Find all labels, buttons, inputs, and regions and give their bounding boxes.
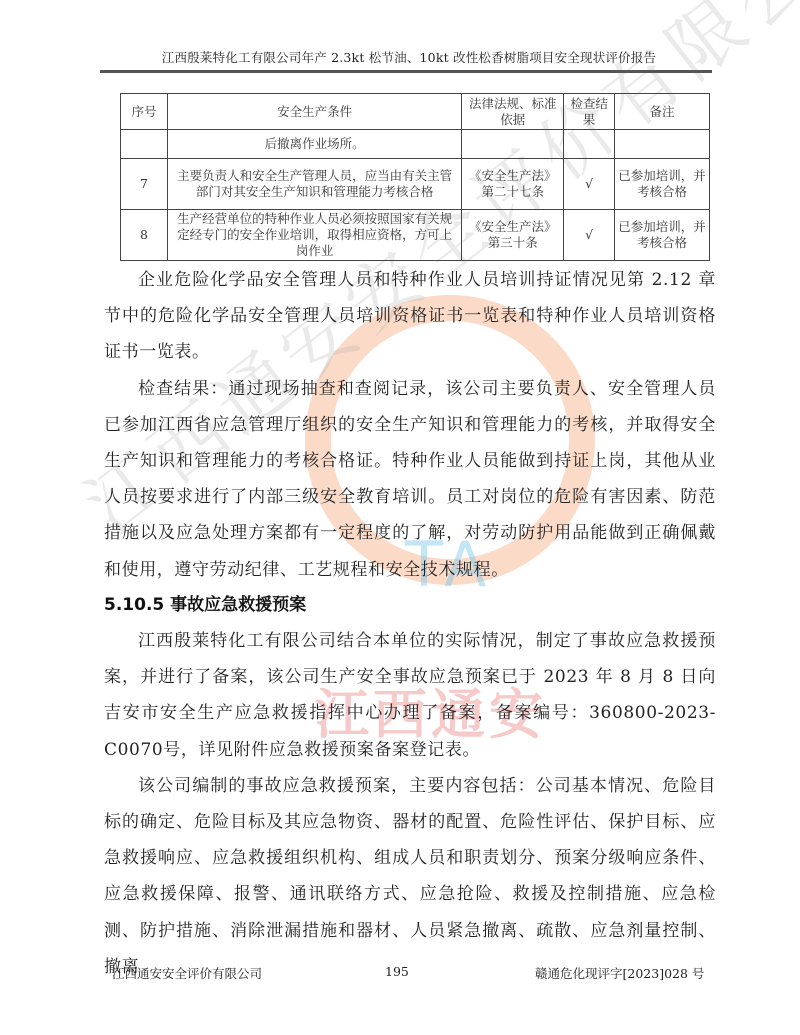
footer-company: 江西通安安全评价有限公司 (112, 964, 262, 982)
col-header-result: 检查结果 (564, 94, 615, 130)
table-row: 7 主要负责人和安全生产管理人员，应当由有关主管部门对其安全生产知识和管理能力考… (121, 159, 710, 210)
col-header-no: 序号 (121, 94, 168, 130)
cell-condition: 后撤离作业场所。 (167, 130, 461, 159)
cell-basis (462, 130, 564, 159)
cell-note (615, 130, 710, 159)
cell-condition: 主要负责人和安全生产管理人员，应当由有关主管部门对其安全生产知识和管理能力考核合… (167, 159, 461, 210)
paragraph-training-certificates: 企业危险化学品安全管理人员和特种作业人员培训持证情况见第 2.12 章节中的危险… (104, 262, 716, 371)
cell-no: 8 (121, 210, 168, 261)
cell-no (121, 130, 168, 159)
col-header-note: 备注 (615, 94, 710, 130)
footer-doc-number: 赣通危化现评字[2023]028 号 (535, 964, 704, 982)
cell-basis: 《安全生产法》第三十条 (462, 210, 564, 261)
cell-note: 已参加培训，并考核合格 (615, 159, 710, 210)
cell-result: √ (564, 159, 615, 210)
cell-condition: 生产经营单位的特种作业人员必须按照国家有关规定经专门的安全作业培训，取得相应资格… (167, 210, 461, 261)
section-heading-emergency-plan: 5.10.5 事故应急救援预案 (104, 590, 306, 615)
cell-no: 7 (121, 159, 168, 210)
header-divider (100, 70, 712, 73)
paragraph-inspection-result: 检查结果：通过现场抽查和查阅记录，该公司主要负责人、安全管理人员已参加江西省应急… (104, 371, 716, 588)
safety-conditions-table: 序号 安全生产条件 法律法规、标准依据 检查结果 备注 后撤离作业场所。 7 主… (120, 93, 710, 261)
page-header-title: 江西殷莱特化工有限公司年产 2.3kt 松节油、10kt 改性松香树脂项目安全现… (108, 48, 710, 66)
cell-result (564, 130, 615, 159)
col-header-condition: 安全生产条件 (167, 94, 461, 130)
col-header-basis: 法律法规、标准依据 (462, 94, 564, 130)
cell-note: 已参加培训，并考核合格 (615, 210, 710, 261)
body-block-2: 江西殷莱特化工有限公司结合本单位的实际情况，制定了事故应急救援预案，并进行了备案… (104, 623, 716, 985)
cell-result: √ (564, 210, 615, 261)
body-block-1: 企业危险化学品安全管理人员和特种作业人员培训持证情况见第 2.12 章节中的危险… (104, 262, 716, 588)
table-row: 后撤离作业场所。 (121, 130, 710, 159)
paragraph-plan-contents: 该公司编制的事故应急救援预案，主要内容包括：公司基本情况、危险目标的确定、危险目… (104, 768, 716, 985)
paragraph-plan-filing: 江西殷莱特化工有限公司结合本单位的实际情况，制定了事故应急救援预案，并进行了备案… (104, 623, 716, 768)
footer-page-number: 195 (385, 964, 409, 979)
table-header-row: 序号 安全生产条件 法律法规、标准依据 检查结果 备注 (121, 94, 710, 130)
table-row: 8 生产经营单位的特种作业人员必须按照国家有关规定经专门的安全作业培训，取得相应… (121, 210, 710, 261)
cell-basis: 《安全生产法》第二十七条 (462, 159, 564, 210)
